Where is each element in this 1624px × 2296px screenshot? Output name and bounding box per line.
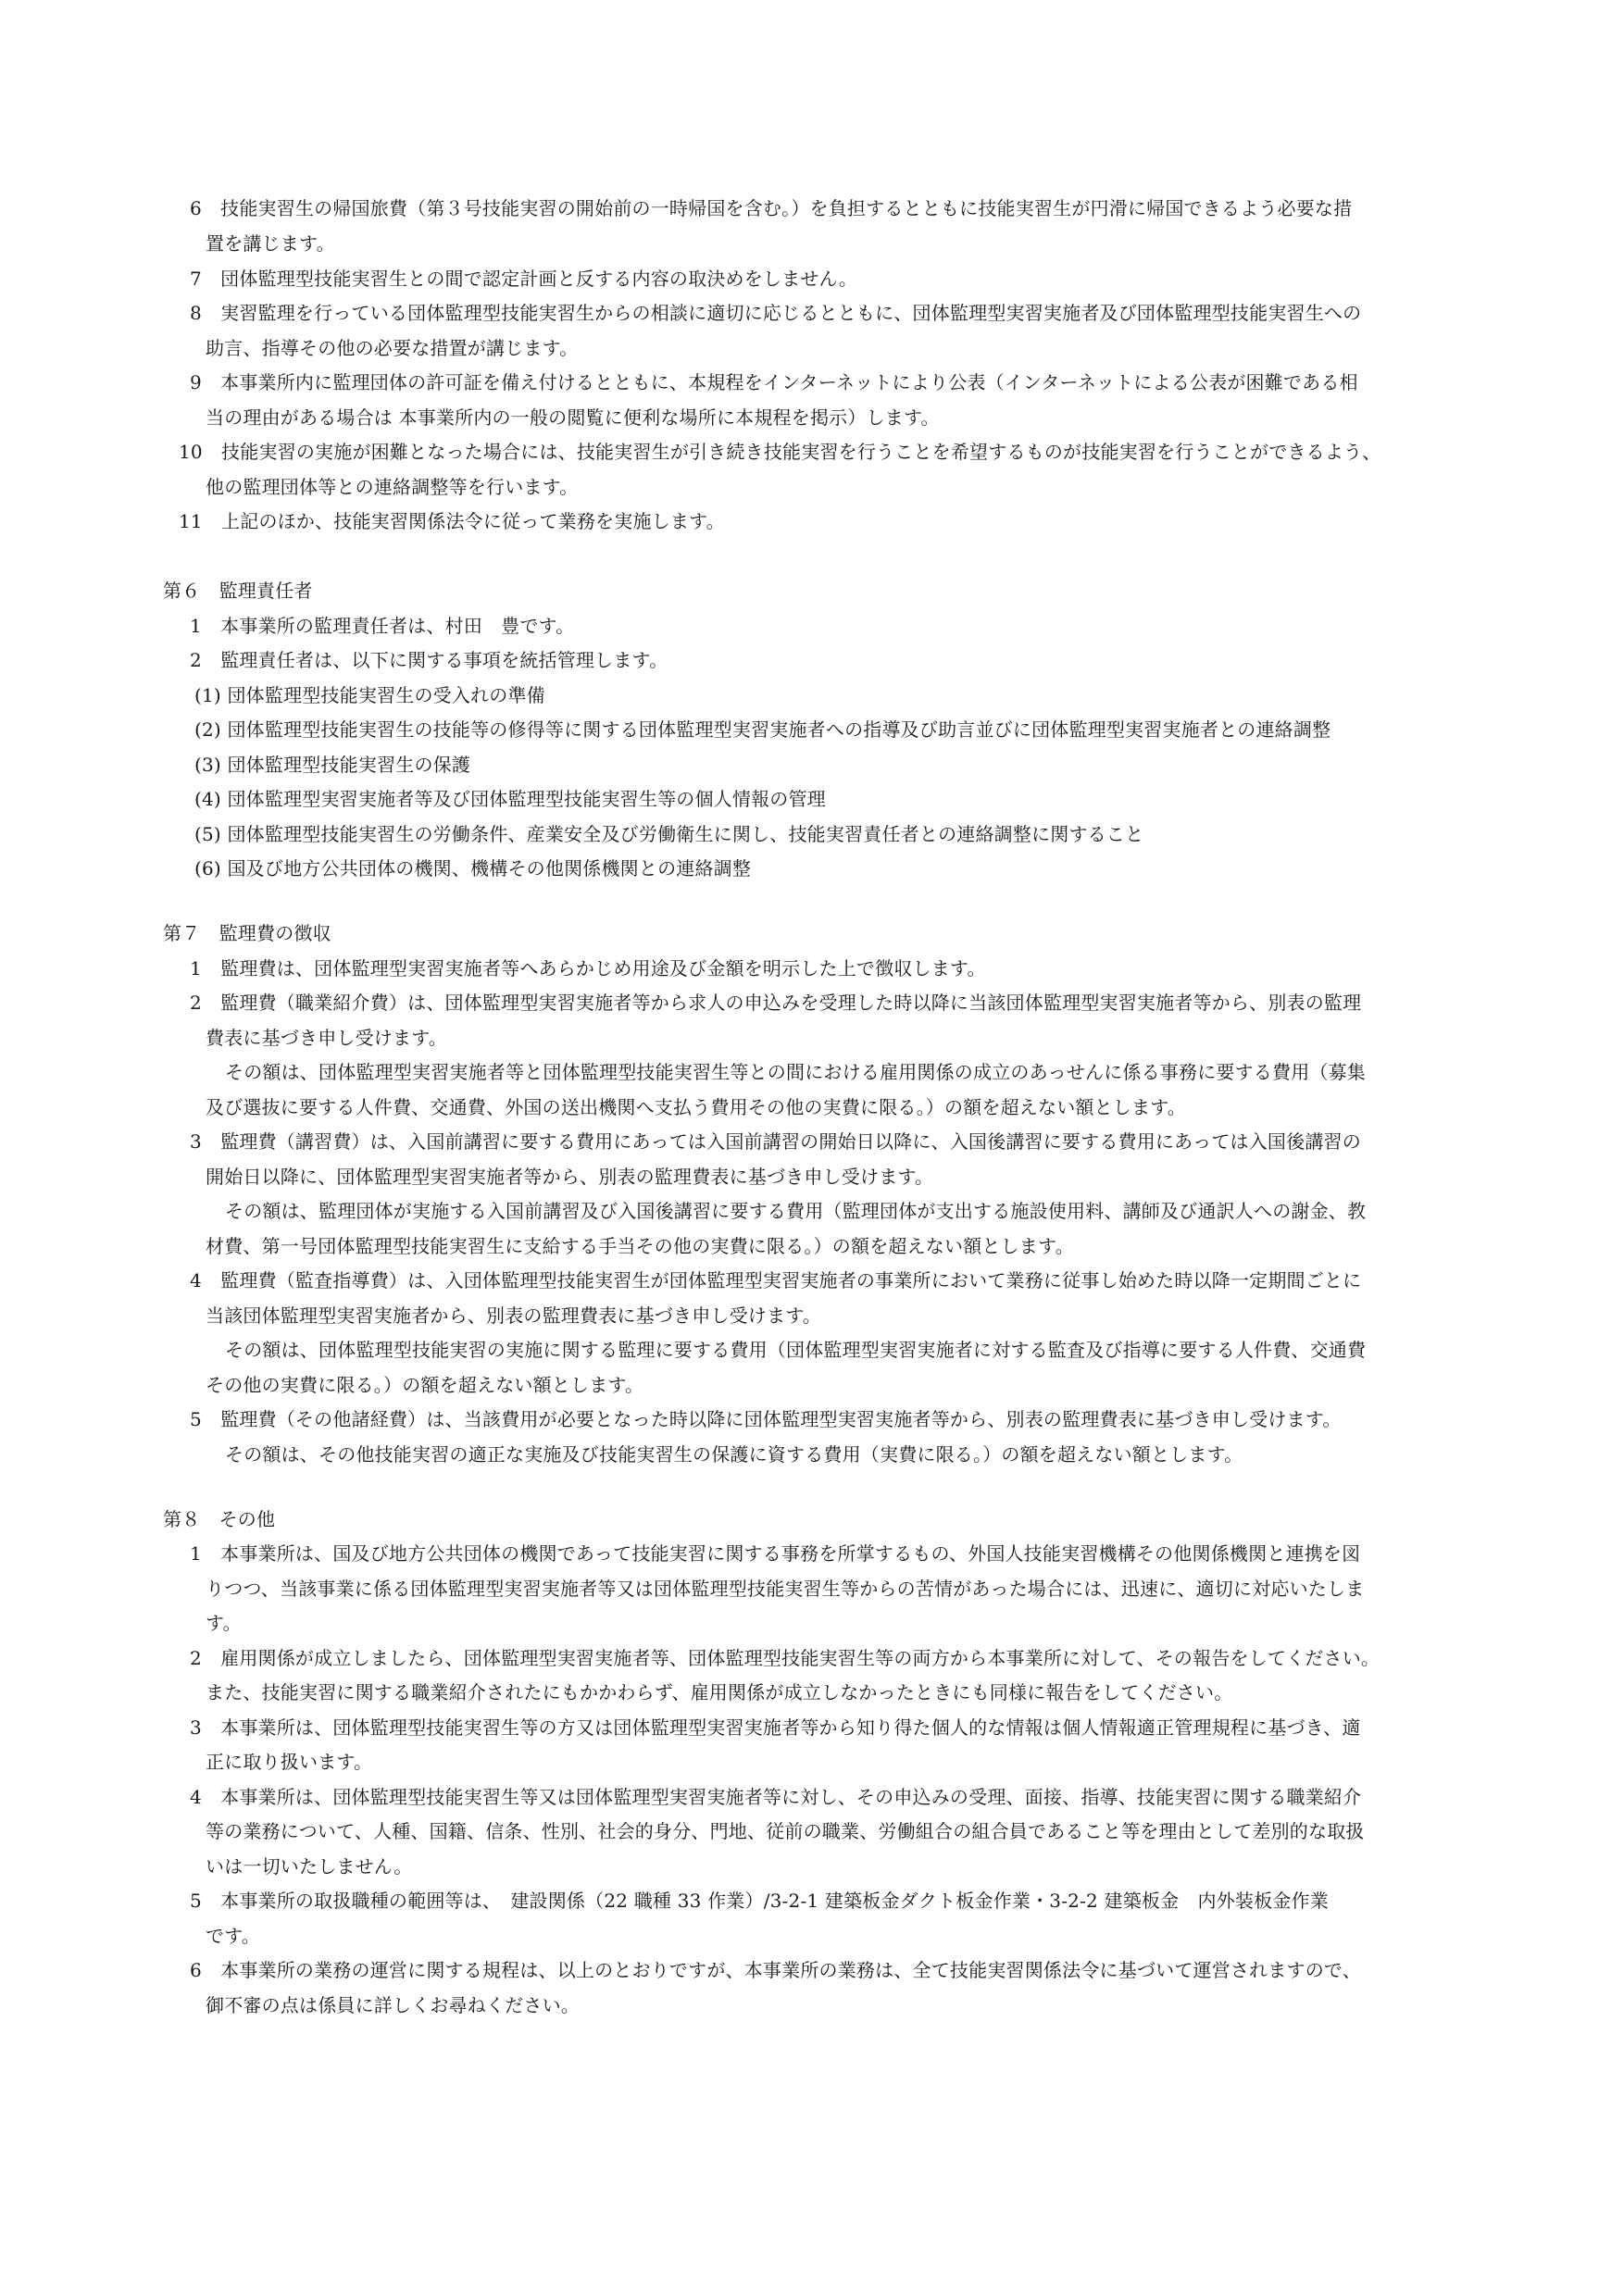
item-10-line-1: 10 技能実習の実施が困難となった場合には、技能実習生が引き続き技能実習を行うこ… [179,440,1380,464]
section-7-line: 開始日以降に、団体監理型実習実施者等から、別表の監理費表に基づき申し受けます。 [206,1165,933,1189]
section-8-line: 6 本事業所の業務の運営に関する規程は、以上のとおりですが、本事業所の業務は、全… [190,1958,1361,1982]
section-8-line: です。 [206,1924,260,1948]
section-6-subitem-5: (5) 団体監理型技能実習生の労働条件、産業安全及び労働衛生に関し、技能実習責任… [194,822,1143,846]
section-8-line: 御不審の点は係員に詳しくお尋ねください。 [206,1993,580,2017]
section-8-line: いは一切いたしません。 [206,1854,412,1878]
section-6-subitem-6: (6) 国及び地方公共団体の機関、機構その他関係機関との連絡調整 [194,856,751,880]
section-7-line: 及び選抜に要する人件費、交通費、外国の送出機関へ支払う費用その他の実費に限る。）… [206,1095,1186,1119]
item-10-line-2: 他の監理団体等との連絡調整等を行います。 [206,475,578,499]
section-7-line: その額は、団体監理型技能実習の実施に関する監理に要する費用（団体監理型実習実施者… [225,1338,1366,1362]
section-6-item-2: 2 監理責任者は、以下に関する事項を統括管理します。 [190,648,668,672]
section-6-heading: 第６ 監理責任者 [163,579,313,603]
section-7-line: 材費、第一号団体監理型技能実習生に支給する手当その他の実費に限る。）の額を超えな… [206,1234,1074,1258]
section-8-line: 1 本事業所は、国及び地方公共団体の機関であって技能実習に関する事務を所掌するも… [190,1541,1360,1566]
item-7-line-1: 7 団体監理型技能実習生との間で認定計画と反する内容の取決めをしません。 [190,267,857,291]
section-7-line: その他の実費に限る。）の額を超えない額とします。 [206,1373,643,1397]
item-6-line-1: 6 技能実習生の帰国旅費（第３号技能実習の開始前の一時帰国を含む。）を負担すると… [190,196,1352,220]
item-9-line-1: 9 本事業所内に監理団体の許可証を備え付けるとともに、本規程をインターネットによ… [190,370,1358,394]
section-7-heading: 第７ 監理費の徴収 [163,921,331,945]
section-6-subitem-2: (2) 団体監理型技能実習生の技能等の修得等に関する団体監理型実習実施者への指導… [194,717,1330,742]
section-7-line: その額は、団体監理型実習実施者等と団体監理型技能実習生等との間における雇用関係の… [225,1060,1366,1084]
item-6-line-2: 置を講じます。 [206,231,335,256]
item-8-line-1: 8 実習監理を行っている団体監理型技能実習生からの相談に適切に応じるとともに、団… [190,301,1361,325]
section-8-line: 3 本事業所は、団体監理型技能実習生等の方又は団体監理型実習実施者等から知り得た… [190,1716,1361,1740]
section-8-line: 4 本事業所は、団体監理型技能実習生等又は団体監理型実習実施者等に対し、その申込… [190,1785,1361,1809]
section-7-line: 1 監理費は、団体監理型実習実施者等へあらかじめ用途及び金額を明示した上で徴収し… [190,956,986,980]
section-8-line: 5 本事業所の取扱職種の範囲等は、 建設関係（22 職種 33 作業）/3-2-… [190,1889,1329,1913]
section-7-line: 3 監理費（講習費）は、入国前講習に要する費用にあっては入国前講習の開始日以降に… [190,1129,1361,1154]
section-7-line: その額は、その他技能実習の適正な実施及び技能実習生の保護に資する費用（実費に限る… [225,1442,1243,1466]
section-8-heading: 第８ その他 [163,1507,275,1531]
section-8-line: また、技能実習に関する職業紹介されたにもかかわらず、雇用関係が成立しなかったとき… [206,1680,1232,1704]
section-6-subitem-4: (4) 団体監理型実習実施者等及び団体監理型技能実習生等の個人情報の管理 [194,787,826,811]
section-8-line: 正に取り扱います。 [206,1750,372,1774]
section-7-line: 当該団体監理型実習実施者から、別表の監理費表に基づき申し受けます。 [206,1304,821,1328]
section-7-line: 2 監理費（職業紹介費）は、団体監理型実習実施者等から求人の申込みを受理した時以… [190,991,1361,1015]
section-7-line: 5 監理費（その他諸経費）は、当該費用が必要となった時以降に団体監理型実習実施者… [190,1407,1342,1431]
section-8-line: りつつ、当該事業に係る団体監理型実習実施者等又は団体監理型技能実習生等からの苦情… [206,1577,1364,1601]
section-7-line: 費表に基づき申し受けます。 [206,1026,447,1050]
section-7-line: 4 監理費（監査指導費）は、入団体監理型技能実習生が団体監理型実習実施者の事業所… [190,1268,1361,1292]
document-page: 6 技能実習生の帰国旅費（第３号技能実習の開始前の一時帰国を含む。）を負担すると… [0,0,1624,2296]
item-8-line-2: 助言、指導その他の必要な措置が講じます。 [206,336,578,360]
section-8-line: す。 [206,1611,242,1635]
item-9-line-2: 当の理由がある場合は 本事業所内の一般の閲覧に便利な場所に本規程を掲示）します。 [206,406,940,430]
section-6-item-1: 1 本事業所の監理責任者は、村田 豊です。 [190,614,574,638]
section-8-line: 2 雇用関係が成立しましたら、団体監理型実習実施者等、団体監理型技能実習生等の両… [190,1646,1380,1670]
item-11-line-1: 11 上記のほか、技能実習関係法令に従って業務を実施します。 [179,509,725,533]
section-7-line: その額は、監理団体が実施する入国前講習及び入国後講習に要する費用（監理団体が支出… [225,1199,1366,1223]
section-6-subitem-3: (3) 団体監理型技能実習生の保護 [194,753,470,777]
section-8-line: 等の業務について、人種、国籍、信条、性別、社会的身分、門地、従前の職業、労働組合… [206,1819,1365,1843]
section-6-subitem-1: (1) 団体監理型技能実習生の受入れの準備 [194,683,545,707]
